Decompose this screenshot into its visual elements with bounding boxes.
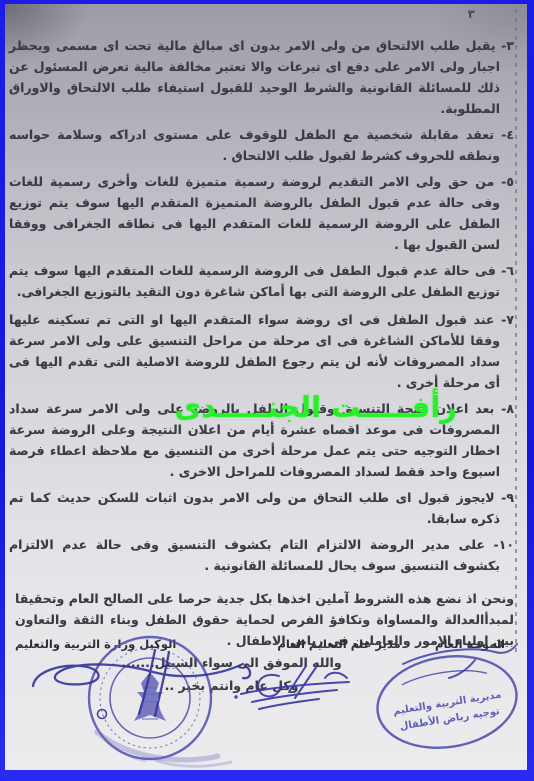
stamps-and-signatures-layer: مديرية التربية والتعليم توجيه رياض الأطف…	[5, 620, 527, 770]
clause-6: ٦- فى حالة عدم قبول الطفل فى الروضة الرس…	[9, 260, 514, 302]
faint-stamp-ghost-marks	[97, 732, 231, 766]
green-watermark-text: رأفـــــت الجنـــــدى	[175, 390, 457, 424]
clause-5: ٥- من حق ولى الامر التقديم لروضة رسمية م…	[9, 171, 514, 255]
oval-office-stamp-icon: مديرية التربية والتعليم توجيه رياض الأطف…	[371, 647, 523, 758]
document-body: ٣- يقبل طلب الالتحاق من ولى الامر بدون ا…	[9, 35, 514, 697]
document-page: ٣ ٣- يقبل طلب الالتحاق من ولى الامر بدون…	[5, 4, 527, 770]
scanned-document-frame: ٣ ٣- يقبل طلب الالتحاق من ولى الامر بدون…	[0, 0, 534, 781]
clause-9: ٩- لايجوز قبول اى طلب التحاق من ولى الام…	[9, 487, 514, 529]
right-signature-scribble	[403, 644, 517, 678]
clause-4: ٤- تعقد مقابلة شخصية مع الطفل للوقوف على…	[9, 124, 514, 166]
clause-10: ١٠- على مدير الروضة الالتزام التام بكشوف…	[9, 534, 514, 576]
paper-perforation-line	[515, 9, 517, 657]
page-number: ٣	[468, 7, 475, 21]
clause-7: ٧- عند قبول الطفل فى اى روضة سواء المتقد…	[9, 309, 514, 393]
clause-3: ٣- يقبل طلب الالتحاق من ولى الامر بدون ا…	[9, 35, 514, 119]
middle-signature-scribble	[234, 666, 349, 709]
